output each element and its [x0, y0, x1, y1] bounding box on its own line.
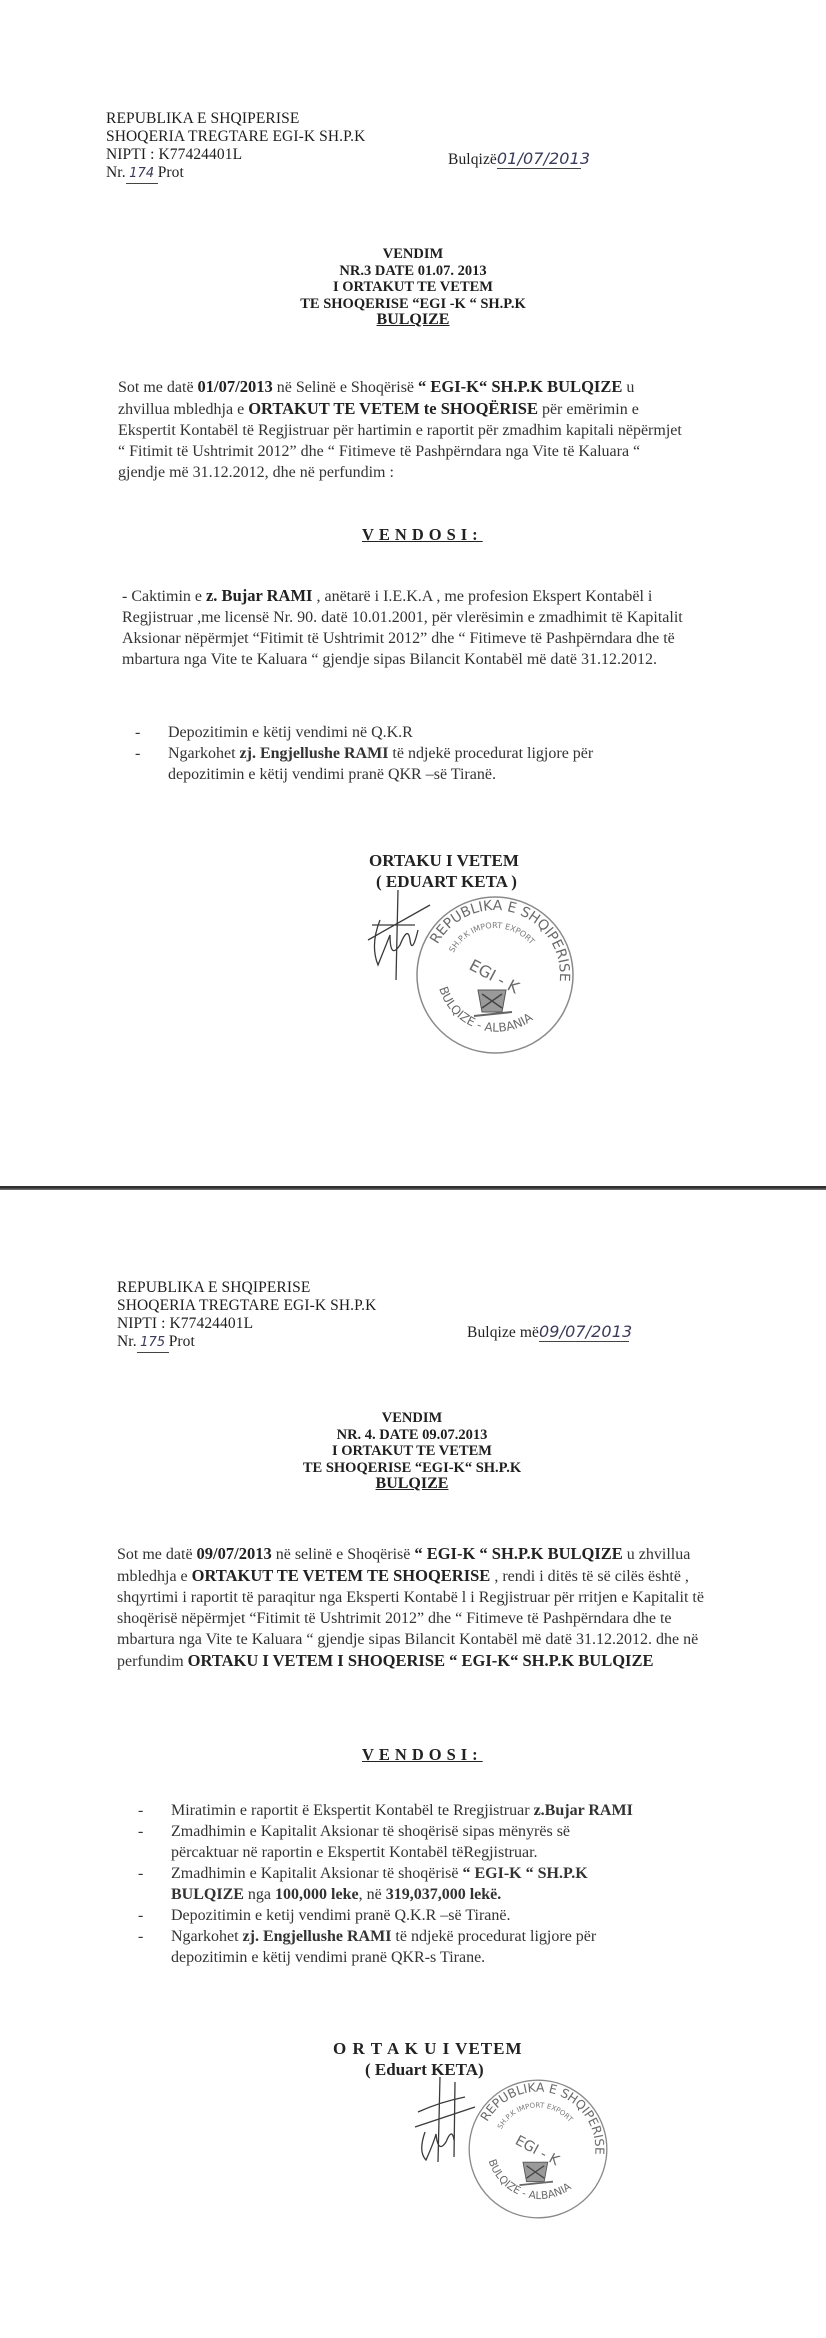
place-date: Bulqizë01/07/2013 — [448, 150, 581, 169]
bold-text: BULQIZE — [547, 377, 622, 396]
intro-paragraph: Sot me datë 01/07/2013 në Selinë e Shoqë… — [118, 376, 688, 483]
header-block: REPUBLIKA E SHQIPERISE SHOQERIA TREGTARE… — [106, 110, 365, 184]
vendosi-heading: VENDOSI: — [362, 525, 483, 545]
text: Ngarkohet — [171, 1928, 243, 1945]
signature-scribble-icon — [410, 2072, 485, 2172]
text: Depozitimin e ketij vendimi pranë Q.K.R … — [171, 1907, 511, 1924]
text: Zmadhimin e Kapitalit Aksionar të shoqër… — [171, 1865, 463, 1882]
text: të ndjekë procedurat ligjore për — [388, 745, 593, 762]
text: Sot me datë — [117, 1546, 197, 1563]
text: Zmadhimin e Kapitalit Aksionar të shoqër… — [171, 1823, 570, 1840]
title-line3: I ORTAKUT TE VETEM — [213, 279, 613, 296]
text: - Caktimin e — [122, 588, 206, 605]
bold-text: 100,000 leke — [275, 1886, 359, 1903]
place-label: Bulqize më — [467, 1324, 539, 1341]
document-page-1: REPUBLIKA E SHQIPERISE SHOQERIA TREGTARE… — [0, 0, 826, 1186]
text: Ngarkohet — [168, 745, 240, 762]
text: Miratimin e raportit ë Ekspertit Kontabë… — [171, 1802, 534, 1819]
protocol-number: 174 — [126, 165, 158, 184]
place-date: Bulqize më09/07/2013 — [467, 1323, 629, 1342]
text: nga — [244, 1886, 275, 1903]
text: Depozitimin e këtij vendimi në Q.K.R — [168, 724, 413, 741]
company-stamp-icon: REPUBLIKA E SHQIPERISE SH.P.K IMPORT EXP… — [463, 2074, 613, 2224]
bold-text: z. Bujar RAMI — [206, 586, 312, 605]
text: Sot me datë — [118, 379, 198, 396]
bold-text: ORTAKU I VETEM I SHOQERISE “ EGI-K“ SH.P… — [188, 1651, 654, 1670]
signature-title: ORTAKU I VETEM — [369, 850, 519, 871]
handwritten-date: 01/07/2013 — [497, 150, 581, 169]
title-line3: I ORTAKUT TE VETEM — [212, 1443, 612, 1460]
bold-text: 01/07/2013 — [198, 377, 273, 396]
title-vendim: VENDIM — [212, 1410, 612, 1427]
bold-text: ORTAKUT TE VETEM TE SHOQERISE — [192, 1566, 491, 1585]
signature-scribble-icon — [360, 885, 440, 985]
header-nipti: NIPTI : K77424401L — [117, 1315, 376, 1333]
text: depozitimin e këtij vendimi pranë QKR –s… — [168, 766, 496, 783]
text: në selinë e Shoqërisë — [272, 1546, 415, 1563]
document-page-2: REPUBLIKA E SHQIPERISE SHOQERIA TREGTARE… — [0, 1192, 826, 2338]
signature-title: O R T A K U I VETEM — [333, 2038, 523, 2059]
text: në Selinë e Shoqërisë — [273, 379, 418, 396]
decision-paragraph: - Caktimin e z. Bujar RAMI , anëtarë i I… — [122, 585, 690, 670]
vendosi-heading: VENDOSI: — [362, 1745, 483, 1765]
nipti-value: K77424401L — [169, 1315, 253, 1332]
handwritten-date: 09/07/2013 — [539, 1323, 629, 1342]
bold-text: z.Bujar RAMI — [534, 1802, 633, 1819]
bold-text: 09/07/2013 — [197, 1544, 272, 1563]
bold-text: BULQIZE — [171, 1886, 244, 1903]
header-block: REPUBLIKA E SHQIPERISE SHOQERIA TREGTARE… — [117, 1279, 376, 1353]
protocol-number: 175 — [137, 1334, 169, 1353]
bold-text: 319,037,000 lekë. — [386, 1886, 502, 1903]
intro-paragraph: Sot me datë 09/07/2013 në selinë e Shoqë… — [117, 1543, 707, 1672]
title-line4: TE SHOQERISE “EGI -K “ SH.P.K — [213, 296, 613, 313]
bold-text: “ EGI-K “ SH.P.K — [463, 1865, 588, 1882]
decision-title: VENDIM NR.3 DATE 01.07. 2013 I ORTAKUT T… — [213, 246, 613, 329]
title-number-date: NR. 4. DATE 09.07.2013 — [212, 1427, 612, 1444]
header-company: SHOQERIA TREGTARE EGI-K SH.P.K — [117, 1297, 376, 1315]
header-company: SHOQERIA TREGTARE EGI-K SH.P.K — [106, 128, 365, 146]
title-place: BULQIZE — [213, 312, 613, 329]
bold-text: zj. Engjellushe RAMI — [243, 1928, 392, 1945]
decision-title: VENDIM NR. 4. DATE 09.07.2013 I ORTAKUT … — [212, 1410, 612, 1493]
title-line4: TE SHOQERISE “EGI-K“ SH.P.K — [212, 1460, 612, 1477]
bold-text: ORTAKUT TE VETEM te SHOQËRISE — [248, 399, 538, 418]
nipti-value: K77424401L — [158, 146, 242, 163]
bold-text: “ EGI-K “ SH.P.K BULQIZE — [414, 1544, 622, 1563]
header-republic: REPUBLIKA E SHQIPERISE — [117, 1279, 376, 1297]
text: përcaktuar në raportin e Ekspertit Konta… — [171, 1844, 538, 1861]
title-place: BULQIZE — [212, 1476, 612, 1493]
text: depozitimin e këtij vendimi pranë QKR-s … — [171, 1949, 485, 1966]
text: të ndjekë procedurat ligjore për — [391, 1928, 596, 1945]
header-republic: REPUBLIKA E SHQIPERISE — [106, 110, 365, 128]
bold-text: “ EGI-K“ SH.P.K — [418, 377, 547, 396]
text: , në — [359, 1886, 386, 1903]
header-protocol: Nr.175Prot — [117, 1333, 376, 1353]
header-nipti: NIPTI : K77424401L — [106, 146, 365, 164]
title-number-date: NR.3 DATE 01.07. 2013 — [213, 263, 613, 280]
header-protocol: Nr.174Prot — [106, 164, 365, 184]
bold-text: zj. Engjellushe RAMI — [240, 745, 389, 762]
place-label: Bulqizë — [448, 151, 497, 168]
title-vendim: VENDIM — [213, 246, 613, 263]
